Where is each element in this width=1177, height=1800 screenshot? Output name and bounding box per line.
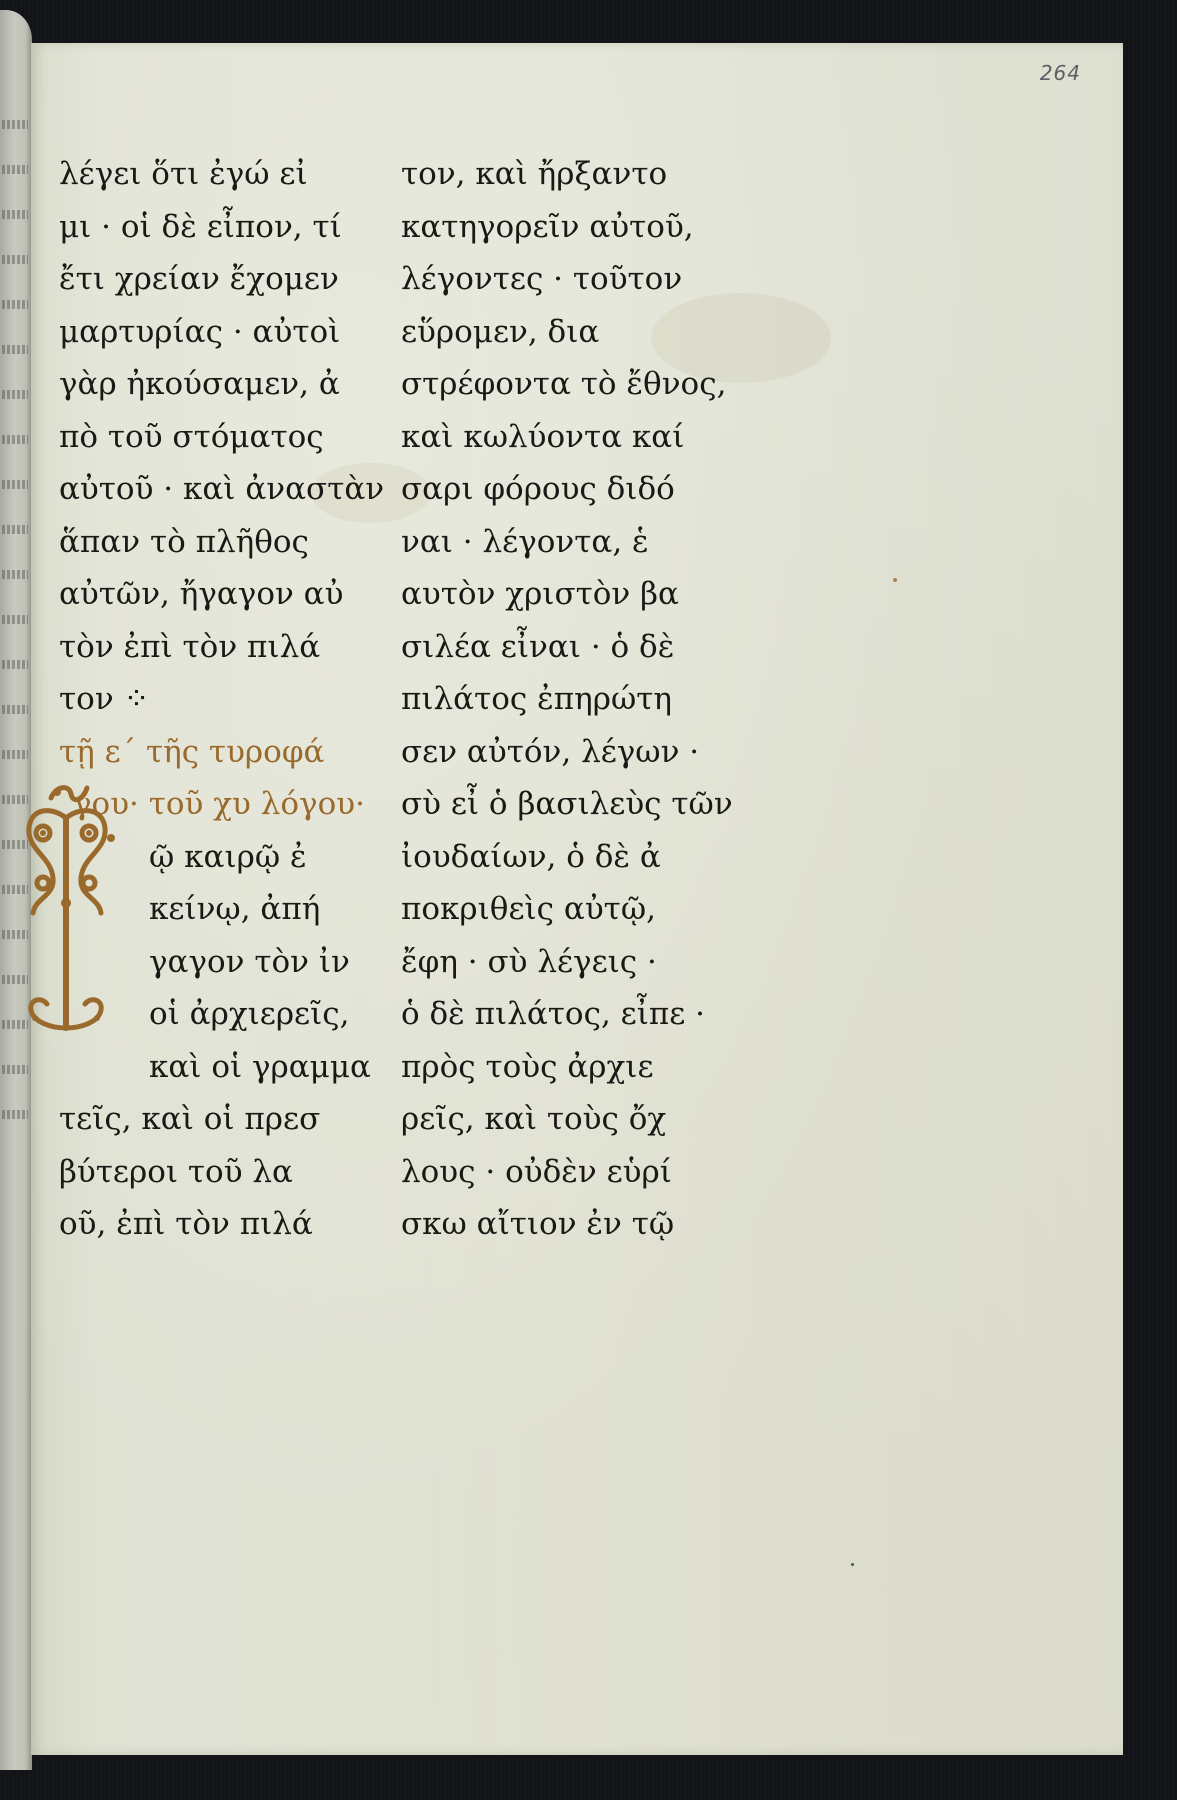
text-line: καὶ οἱ γραμμα — [59, 1041, 379, 1094]
text-line: μαρτυρίας · αὐτοὶ — [59, 306, 379, 359]
text-line: τον ⁘ — [59, 673, 379, 726]
text-line: τεῖς, καὶ οἱ πρεσ — [59, 1093, 379, 1146]
text-line: σαρι φόρους διδό — [401, 463, 761, 516]
text-line: ὁ δὲ πιλάτος, εἶπε · — [401, 988, 761, 1041]
text-line: ἰουδαίων, ὁ δὲ ἀ — [401, 831, 761, 884]
rubric-line: τῇ ε´ τῆς τυροφά — [59, 726, 379, 779]
text-line: αυτὸν χριστὸν βα — [401, 568, 761, 621]
text-line: λέγοντες · τοῦτον — [401, 253, 761, 306]
text-line: πιλάτος ἐπηρώτη — [401, 673, 761, 726]
left-text-column: λέγει ὅτι ἐγώ εἰ μι · οἱ δὲ εἶπον, τί ἔτ… — [59, 148, 379, 1251]
text-line: γὰρ ἠκούσαμεν, ἀ — [59, 358, 379, 411]
parchment-speck — [893, 578, 897, 582]
text-line: εὕρομεν, δια — [401, 306, 761, 359]
text-line: καὶ κωλύοντα καί — [401, 411, 761, 464]
text-line: βύτεροι τοῦ λα — [59, 1146, 379, 1199]
text-line: λους · οὐδὲν εὑρί — [401, 1146, 761, 1199]
text-line: αὐτῶν, ἤγαγον αὐ — [59, 568, 379, 621]
text-line: σκω αἴτιον ἐν τῷ — [401, 1198, 761, 1251]
text-line: ἔφη · σὺ λέγεις · — [401, 936, 761, 989]
text-line: οῦ, ἐπὶ τὸν πιλά — [59, 1198, 379, 1251]
manuscript-folio: 264 λέγει ὅτι ἐγώ εἰ μι · οἱ δὲ εἶπον, τ… — [31, 43, 1123, 1755]
ornate-initial-tau-icon — [21, 778, 121, 1048]
text-line: τὸν ἐπὶ τὸν πιλά — [59, 621, 379, 674]
text-line: στρέφοντα τὸ ἔθνος, — [401, 358, 761, 411]
text-line: ἔτι χρείαν ἔχομεν — [59, 253, 379, 306]
text-line: πὸ τοῦ στόματος — [59, 411, 379, 464]
text-line: σιλέα εἶναι · ὁ δὲ — [401, 621, 761, 674]
text-line: ἅπαν τὸ πλῆθος — [59, 516, 379, 569]
text-line: ρεῖς, καὶ τοὺς ὄχ — [401, 1093, 761, 1146]
text-line: σεν αὐτόν, λέγων · — [401, 726, 761, 779]
text-line: τον, καὶ ἤρξαντο — [401, 148, 761, 201]
text-line: σὺ εἶ ὁ βασιλεὺς τῶν — [401, 778, 761, 831]
text-line: ποκριθεὶς αὐτῷ, — [401, 883, 761, 936]
right-text-column: τον, καὶ ἤρξαντο κατηγορεῖν αὐτοῦ, λέγον… — [401, 148, 761, 1251]
text-line: αὐτοῦ · καὶ ἀναστὰν — [59, 463, 379, 516]
text-line: κατηγορεῖν αὐτοῦ, — [401, 201, 761, 254]
text-line: πρὸς τοὺς ἀρχιε — [401, 1041, 761, 1094]
parchment-speck — [851, 1563, 854, 1566]
text-line: ναι · λέγοντα, ἑ — [401, 516, 761, 569]
text-line: μι · οἱ δὲ εἶπον, τί — [59, 201, 379, 254]
folio-number: 264 — [1040, 61, 1081, 85]
text-line: λέγει ὅτι ἐγώ εἰ — [59, 148, 379, 201]
